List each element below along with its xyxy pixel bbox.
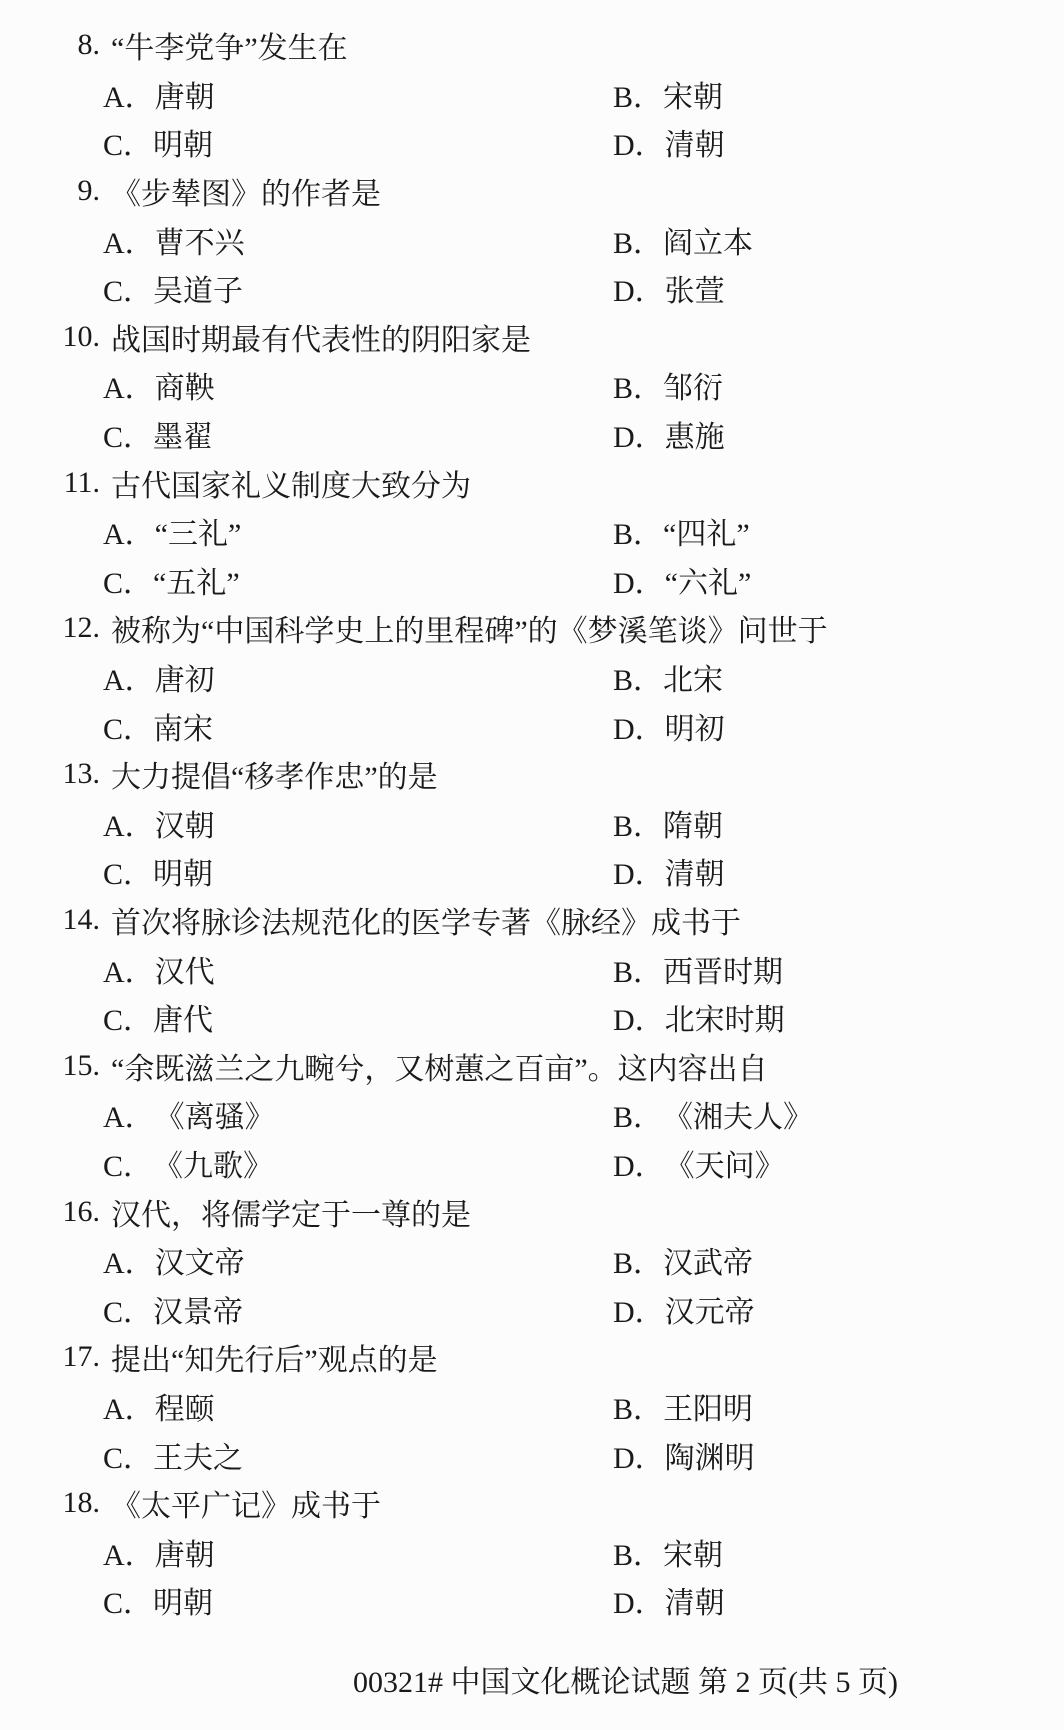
option-letter: A． — [103, 72, 155, 116]
option-letter: D． — [613, 558, 665, 602]
option-letter: B． — [613, 72, 663, 116]
option-row: A．商鞅 B．邹衍 — [0, 361, 1064, 410]
option-letter: A． — [103, 1530, 155, 1574]
question-stem: 9. 《步辇图》的作者是 — [0, 167, 1064, 216]
option-b: B．邹衍 — [613, 363, 723, 407]
option-text: 程颐 — [155, 1384, 215, 1428]
option-c: C．王夫之 — [103, 1433, 613, 1477]
question-text: 《太平广记》成书于 — [111, 1481, 381, 1525]
question-number: 14. — [0, 903, 100, 937]
option-row: C．明朝 D．清朝 — [0, 1576, 1064, 1625]
option-letter: C． — [103, 1287, 153, 1331]
option-text: 邹衍 — [663, 363, 723, 407]
option-text: 《天问》 — [665, 1141, 785, 1185]
option-letter: A． — [103, 655, 155, 699]
option-row: A．汉代 B．西晋时期 — [0, 944, 1064, 993]
option-letter: B． — [613, 218, 663, 262]
option-letter: B． — [613, 801, 663, 845]
option-d: D．清朝 — [613, 1578, 725, 1622]
option-letter: D． — [613, 995, 665, 1039]
option-letter: D． — [613, 120, 665, 164]
option-text: 张萱 — [665, 266, 725, 310]
option-text: 汉元帝 — [665, 1287, 755, 1331]
option-row: C．唐代 D．北宋时期 — [0, 993, 1064, 1042]
option-b: B．宋朝 — [613, 72, 723, 116]
option-text: 唐代 — [153, 995, 213, 1039]
question-text: 提出“知先行后”观点的是 — [111, 1335, 438, 1379]
option-text: 王夫之 — [153, 1433, 243, 1477]
question-stem: 11. 古代国家礼义制度大致分为 — [0, 458, 1064, 507]
option-letter: A． — [103, 509, 155, 553]
question-item: 9. 《步辇图》的作者是 A．曹不兴 B．阎立本 C．吴道子 D．张萱 — [0, 167, 1064, 313]
option-c: C．南宋 — [103, 704, 613, 748]
option-letter: B． — [613, 947, 663, 991]
option-a: A．唐初 — [103, 655, 613, 699]
option-d: D．清朝 — [613, 120, 725, 164]
option-text: 清朝 — [665, 120, 725, 164]
option-letter: B． — [613, 1384, 663, 1428]
question-item: 12. 被称为“中国科学史上的里程碑”的《梦溪笔谈》问世于 A．唐初 B．北宋 … — [0, 604, 1064, 750]
option-text: 唐朝 — [155, 72, 215, 116]
option-letter: C． — [103, 266, 153, 310]
question-item: 14. 首次将脉诊法规范化的医学专著《脉经》成书于 A．汉代 B．西晋时期 C．… — [0, 896, 1064, 1042]
option-d: D．清朝 — [613, 849, 725, 893]
option-a: A．汉朝 — [103, 801, 613, 845]
option-text: 汉文帝 — [155, 1238, 245, 1282]
question-stem: 8. “牛李党争”发生在 — [0, 21, 1064, 70]
option-text: 《九歌》 — [153, 1141, 273, 1185]
option-a: A．汉文帝 — [103, 1238, 613, 1282]
question-number: 17. — [0, 1340, 100, 1374]
option-letter: C． — [103, 849, 153, 893]
question-item: 10. 战国时期最有代表性的阴阳家是 A．商鞅 B．邹衍 C．墨翟 D．惠施 — [0, 313, 1064, 459]
question-stem: 12. 被称为“中国科学史上的里程碑”的《梦溪笔谈》问世于 — [0, 604, 1064, 653]
option-b: B．隋朝 — [613, 801, 723, 845]
option-a: A．汉代 — [103, 947, 613, 991]
option-a: A．“三礼” — [103, 509, 613, 553]
question-text: 汉代，将儒学定于一尊的是 — [111, 1190, 471, 1234]
option-letter: D． — [613, 266, 665, 310]
question-text: 古代国家礼义制度大致分为 — [111, 461, 471, 505]
option-row: C．明朝 D．清朝 — [0, 847, 1064, 896]
question-number: 11. — [0, 466, 100, 500]
option-row: C．墨翟 D．惠施 — [0, 410, 1064, 459]
option-row: C．王夫之 D．陶渊明 — [0, 1430, 1064, 1479]
option-text: 明朝 — [153, 1578, 213, 1622]
option-row: C．明朝 D．清朝 — [0, 118, 1064, 167]
option-letter: C． — [103, 704, 153, 748]
question-number: 15. — [0, 1049, 100, 1083]
option-text: 北宋 — [663, 655, 723, 699]
option-c: C．明朝 — [103, 120, 613, 164]
option-b: B．《湘夫人》 — [613, 1092, 813, 1136]
option-c: C．明朝 — [103, 1578, 613, 1622]
option-text: 宋朝 — [663, 72, 723, 116]
option-letter: C． — [103, 1141, 153, 1185]
option-row: C．吴道子 D．张萱 — [0, 264, 1064, 313]
question-item: 8. “牛李党争”发生在 A．唐朝 B．宋朝 C．明朝 D．清朝 — [0, 21, 1064, 167]
option-d: D．“六礼” — [613, 558, 751, 602]
option-letter: D． — [613, 1141, 665, 1185]
option-text: 吴道子 — [153, 266, 243, 310]
option-a: A．程颐 — [103, 1384, 613, 1428]
question-text: “牛李党争”发生在 — [111, 23, 348, 67]
question-item: 11. 古代国家礼义制度大致分为 A．“三礼” B．“四礼” C．“五礼” D．… — [0, 458, 1064, 604]
option-letter: D． — [613, 1433, 665, 1477]
option-text: 汉景帝 — [153, 1287, 243, 1331]
option-b: B．阎立本 — [613, 218, 753, 262]
option-letter: C． — [103, 1433, 153, 1477]
question-stem: 16. 汉代，将儒学定于一尊的是 — [0, 1187, 1064, 1236]
option-b: B．“四礼” — [613, 509, 750, 553]
question-stem: 14. 首次将脉诊法规范化的医学专著《脉经》成书于 — [0, 896, 1064, 945]
option-letter: C． — [103, 995, 153, 1039]
option-row: A．唐初 B．北宋 — [0, 653, 1064, 702]
option-row: A．曹不兴 B．阎立本 — [0, 215, 1064, 264]
option-row: C．南宋 D．明初 — [0, 701, 1064, 750]
question-text: 大力提倡“移孝作忠”的是 — [111, 752, 438, 796]
question-number: 18. — [0, 1486, 100, 1520]
option-a: A．唐朝 — [103, 1530, 613, 1574]
option-text: “四礼” — [663, 509, 750, 553]
option-text: 墨翟 — [153, 412, 213, 456]
option-letter: C． — [103, 120, 153, 164]
option-b: B．宋朝 — [613, 1530, 723, 1574]
question-number: 16. — [0, 1195, 100, 1229]
option-b: B．汉武帝 — [613, 1238, 753, 1282]
option-text: 汉朝 — [155, 801, 215, 845]
option-c: C．《九歌》 — [103, 1141, 613, 1185]
question-item: 16. 汉代，将儒学定于一尊的是 A．汉文帝 B．汉武帝 C．汉景帝 D．汉元帝 — [0, 1187, 1064, 1333]
option-text: 曹不兴 — [155, 218, 245, 262]
option-d: D．明初 — [613, 704, 725, 748]
option-letter: A． — [103, 1092, 155, 1136]
option-c: C．唐代 — [103, 995, 613, 1039]
option-text: “三礼” — [155, 509, 242, 553]
option-text: 隋朝 — [663, 801, 723, 845]
option-letter: D． — [613, 412, 665, 456]
option-letter: A． — [103, 1238, 155, 1282]
option-text: “五礼” — [153, 558, 240, 602]
question-number: 12. — [0, 611, 100, 645]
option-letter: D． — [613, 704, 665, 748]
option-text: “六礼” — [665, 558, 752, 602]
question-stem: 10. 战国时期最有代表性的阴阳家是 — [0, 313, 1064, 362]
option-letter: B． — [613, 363, 663, 407]
option-row: A．唐朝 B．宋朝 — [0, 1527, 1064, 1576]
question-stem: 17. 提出“知先行后”观点的是 — [0, 1333, 1064, 1382]
option-a: A．曹不兴 — [103, 218, 613, 262]
option-row: A．《离骚》 B．《湘夫人》 — [0, 1090, 1064, 1139]
option-row: A．程颐 B．王阳明 — [0, 1382, 1064, 1431]
option-row: C．“五礼” D．“六礼” — [0, 556, 1064, 605]
option-letter: C． — [103, 412, 153, 456]
option-c: C．吴道子 — [103, 266, 613, 310]
question-text: 战国时期最有代表性的阴阳家是 — [111, 315, 531, 359]
question-text: “余既滋兰之九畹兮，又树蕙之百亩”。这内容出自 — [111, 1044, 768, 1088]
option-letter: B． — [613, 509, 663, 553]
question-text: 被称为“中国科学史上的里程碑”的《梦溪笔谈》问世于 — [111, 606, 828, 650]
option-letter: B． — [613, 1530, 663, 1574]
question-stem: 13. 大力提倡“移孝作忠”的是 — [0, 750, 1064, 799]
option-letter: B． — [613, 1092, 663, 1136]
option-row: A．唐朝 B．宋朝 — [0, 70, 1064, 119]
option-letter: D． — [613, 1287, 665, 1331]
question-text: 《步辇图》的作者是 — [111, 169, 381, 213]
option-text: 《湘夫人》 — [663, 1092, 813, 1136]
question-number: 8. — [0, 28, 100, 62]
option-text: 宋朝 — [663, 1530, 723, 1574]
option-text: 明朝 — [153, 120, 213, 164]
question-item: 18. 《太平广记》成书于 A．唐朝 B．宋朝 C．明朝 D．清朝 — [0, 1479, 1064, 1625]
question-number: 9. — [0, 174, 100, 208]
option-c: C．明朝 — [103, 849, 613, 893]
question-number: 13. — [0, 757, 100, 791]
option-text: 清朝 — [665, 849, 725, 893]
option-letter: A． — [103, 947, 155, 991]
option-row: C．汉景帝 D．汉元帝 — [0, 1284, 1064, 1333]
option-letter: D． — [613, 1578, 665, 1622]
option-row: A．汉文帝 B．汉武帝 — [0, 1236, 1064, 1285]
page-footer: 00321# 中国文化概论试题 第 2 页(共 5 页) — [353, 1657, 898, 1701]
option-c: C．汉景帝 — [103, 1287, 613, 1331]
option-text: 阎立本 — [663, 218, 753, 262]
option-text: 陶渊明 — [665, 1433, 755, 1477]
option-row: C．《九歌》 D．《天问》 — [0, 1139, 1064, 1188]
option-text: 明初 — [665, 704, 725, 748]
option-letter: A． — [103, 363, 155, 407]
option-letter: A． — [103, 801, 155, 845]
question-list: 8. “牛李党争”发生在 A．唐朝 B．宋朝 C．明朝 D．清朝 9. 《步辇图… — [0, 0, 1064, 1625]
option-text: 清朝 — [665, 1578, 725, 1622]
option-b: B．王阳明 — [613, 1384, 753, 1428]
option-c: C．墨翟 — [103, 412, 613, 456]
option-text: 汉代 — [155, 947, 215, 991]
option-text: 唐朝 — [155, 1530, 215, 1574]
option-d: D．《天问》 — [613, 1141, 785, 1185]
option-d: D．张萱 — [613, 266, 725, 310]
option-letter: C． — [103, 558, 153, 602]
option-letter: B． — [613, 655, 663, 699]
option-text: 汉武帝 — [663, 1238, 753, 1282]
option-letter: D． — [613, 849, 665, 893]
option-text: 明朝 — [153, 849, 213, 893]
option-row: A．“三礼” B．“四礼” — [0, 507, 1064, 556]
option-a: A．商鞅 — [103, 363, 613, 407]
option-text: 北宋时期 — [665, 995, 785, 1039]
option-d: D．陶渊明 — [613, 1433, 755, 1477]
option-b: B．北宋 — [613, 655, 723, 699]
question-stem: 18. 《太平广记》成书于 — [0, 1479, 1064, 1528]
option-a: A．唐朝 — [103, 72, 613, 116]
question-stem: 15. “余既滋兰之九畹兮，又树蕙之百亩”。这内容出自 — [0, 1041, 1064, 1090]
option-d: D．惠施 — [613, 412, 725, 456]
option-text: 唐初 — [155, 655, 215, 699]
option-text: 惠施 — [665, 412, 725, 456]
option-b: B．西晋时期 — [613, 947, 783, 991]
option-text: 南宋 — [153, 704, 213, 748]
question-item: 17. 提出“知先行后”观点的是 A．程颐 B．王阳明 C．王夫之 D．陶渊明 — [0, 1333, 1064, 1479]
option-a: A．《离骚》 — [103, 1092, 613, 1136]
question-item: 13. 大力提倡“移孝作忠”的是 A．汉朝 B．隋朝 C．明朝 D．清朝 — [0, 750, 1064, 896]
option-letter: A． — [103, 1384, 155, 1428]
option-letter: C． — [103, 1578, 153, 1622]
option-text: 商鞅 — [155, 363, 215, 407]
option-letter: A． — [103, 218, 155, 262]
option-text: 王阳明 — [663, 1384, 753, 1428]
option-text: 西晋时期 — [663, 947, 783, 991]
option-d: D．汉元帝 — [613, 1287, 755, 1331]
question-text: 首次将脉诊法规范化的医学专著《脉经》成书于 — [111, 898, 741, 942]
question-item: 15. “余既滋兰之九畹兮，又树蕙之百亩”。这内容出自 A．《离骚》 B．《湘夫… — [0, 1041, 1064, 1187]
exam-page: 8. “牛李党争”发生在 A．唐朝 B．宋朝 C．明朝 D．清朝 9. 《步辇图… — [0, 0, 1064, 1730]
option-d: D．北宋时期 — [613, 995, 785, 1039]
question-number: 10. — [0, 320, 100, 354]
option-letter: B． — [613, 1238, 663, 1282]
option-c: C．“五礼” — [103, 558, 613, 602]
option-row: A．汉朝 B．隋朝 — [0, 799, 1064, 848]
option-text: 《离骚》 — [155, 1092, 275, 1136]
